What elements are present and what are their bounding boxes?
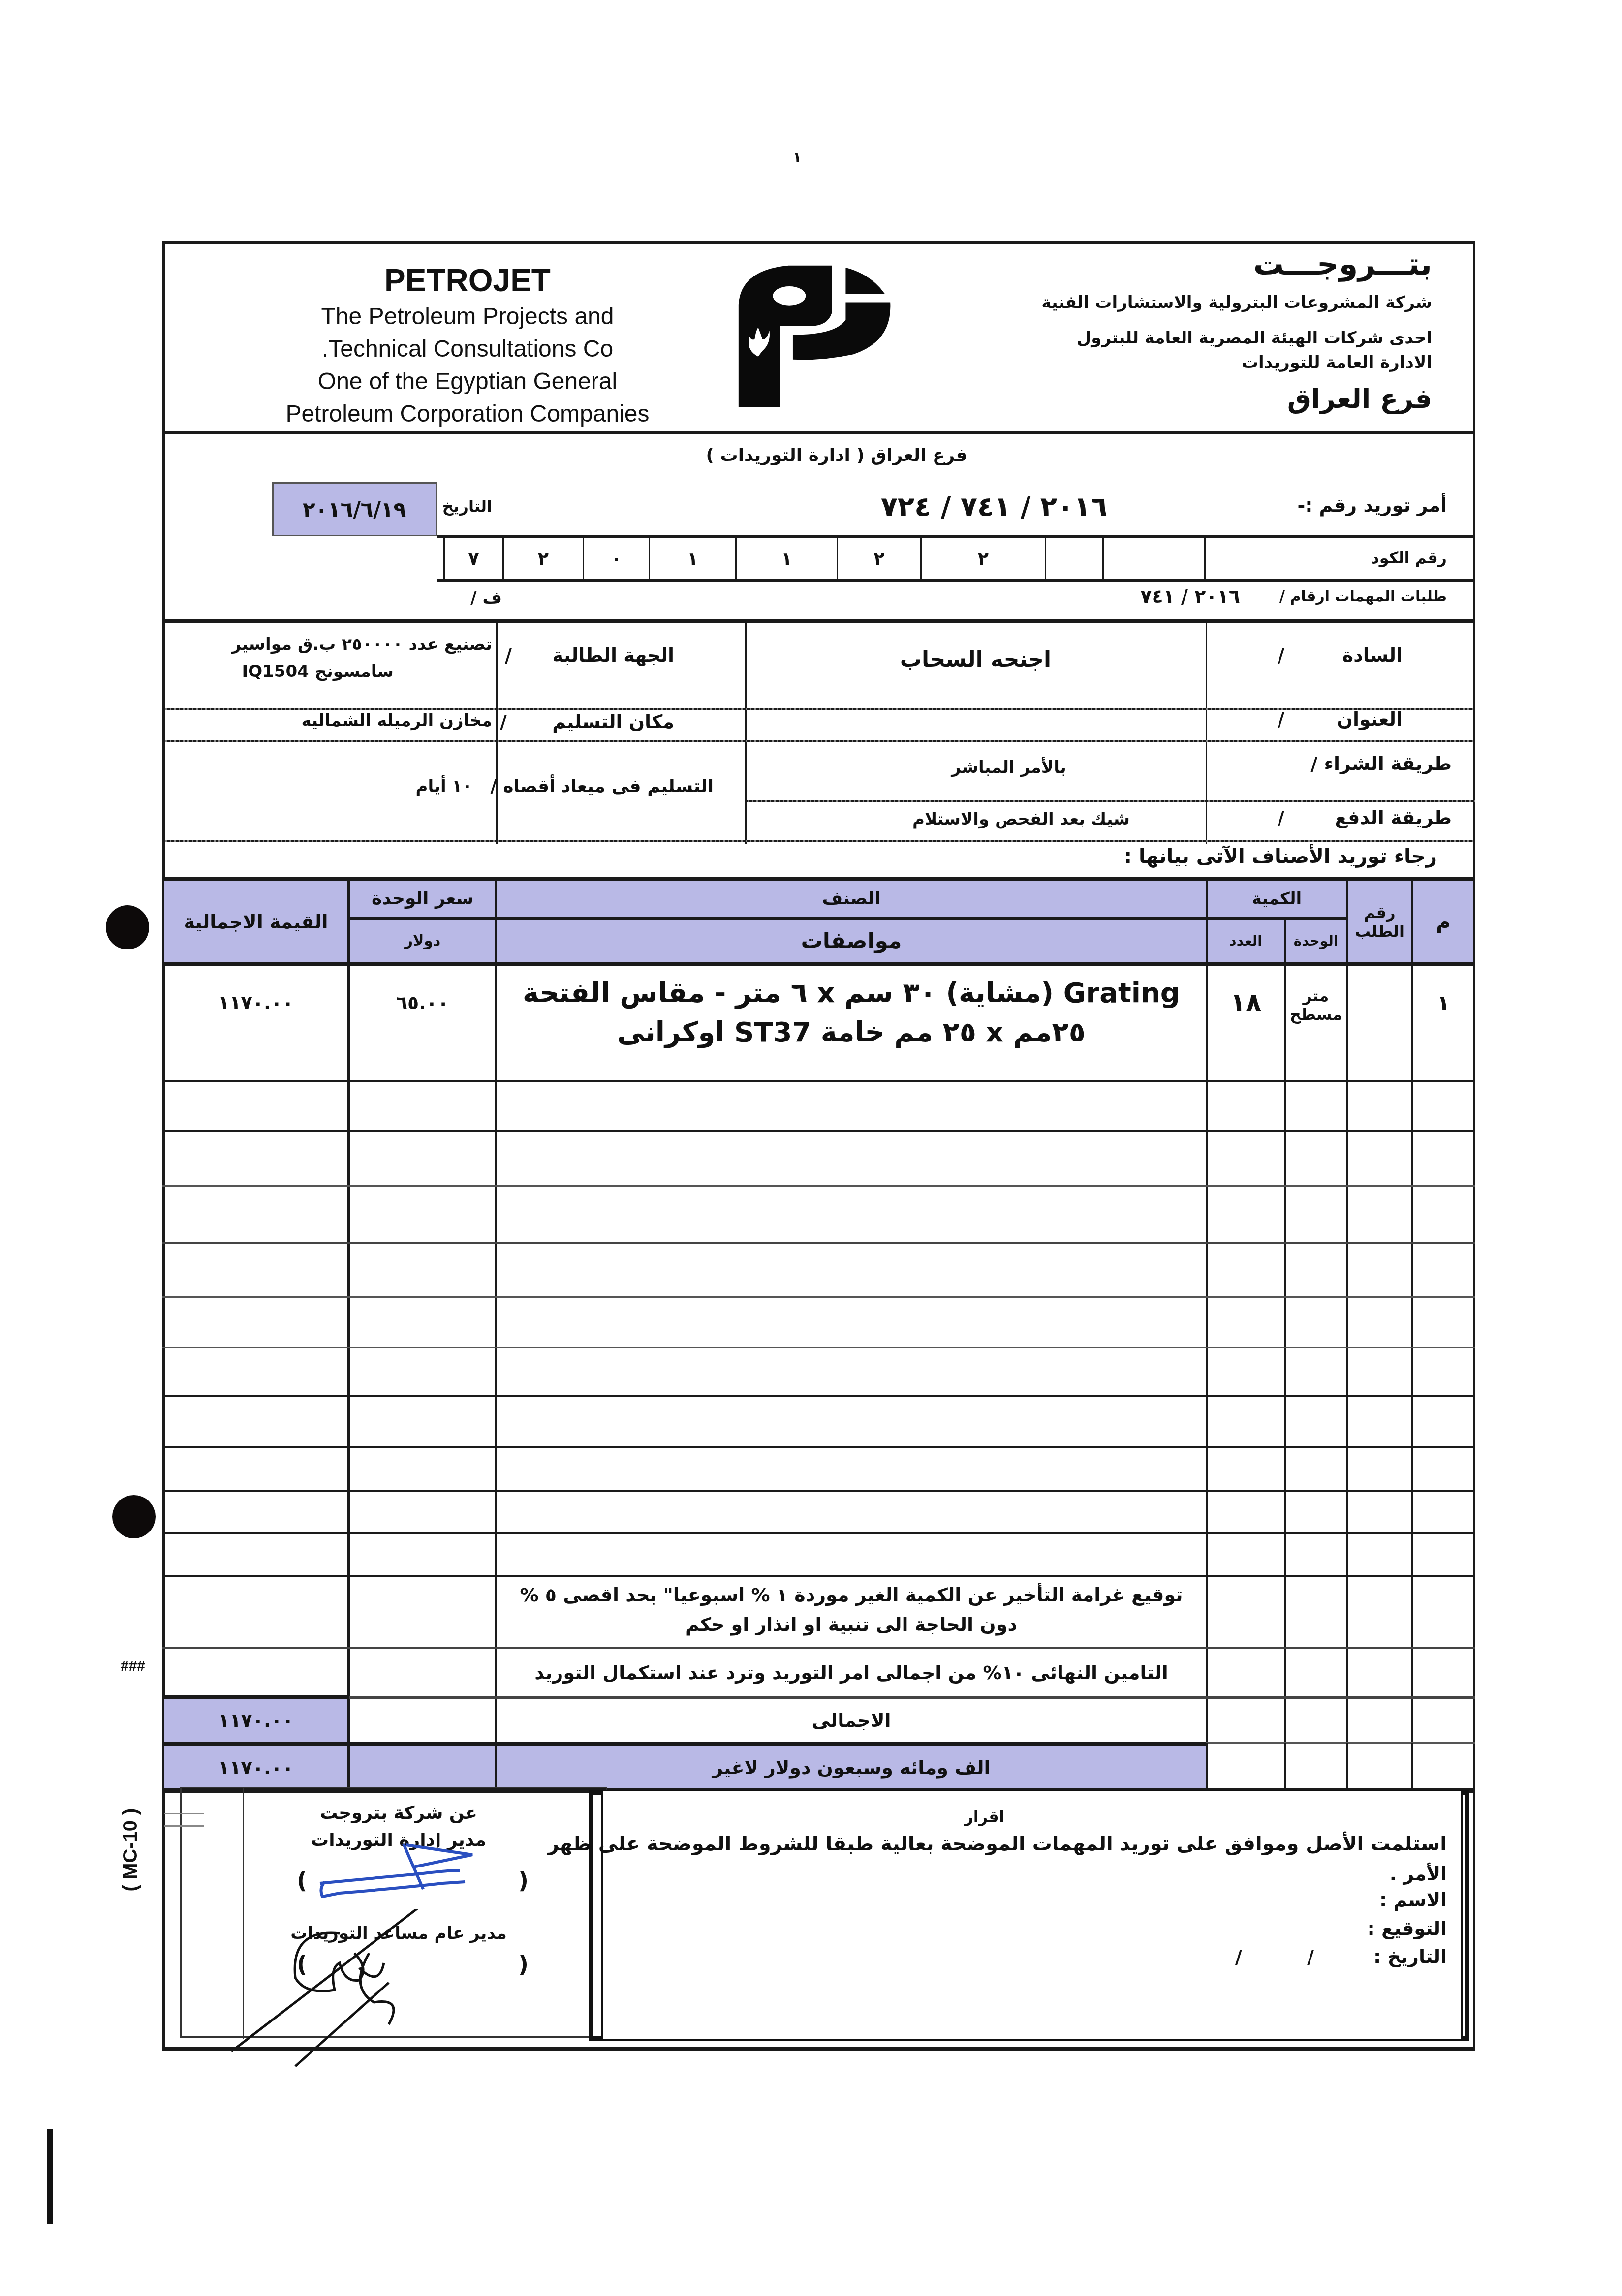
- total-label: الاجمالى: [497, 1699, 1206, 1742]
- acknowledgement-name-label: الاسم :: [1299, 1889, 1447, 1911]
- penalty-line-2: دون الحاجة الى تنبية او انذار او حكم: [497, 1610, 1206, 1639]
- row-unit-1: متر: [1303, 986, 1329, 1005]
- date-label: التاريخ: [438, 497, 492, 516]
- header-request-no-1: رقم: [1364, 903, 1395, 922]
- header-item: الصنف: [497, 881, 1206, 917]
- delivery-place-value: مخازن الرميله الشماليه: [261, 711, 492, 731]
- delivery-place-label: مكان التسليم: [546, 711, 674, 733]
- header-currency: دولار: [350, 920, 495, 962]
- table-row: ١١٧٠.٠٠ ٦٥.٠٠ Grating (مشاية) ٣٠ سم x ٦ …: [162, 966, 1475, 1079]
- messrs-value: اجنحه السحاب: [748, 640, 1203, 679]
- requests-value: ٢٠١٦ / ٧٤١: [1058, 585, 1240, 607]
- total-words: الف ومائه وسبعون دولار لاغير: [497, 1746, 1206, 1789]
- header-quantity: الكمية: [1208, 881, 1346, 917]
- delivery-time-label: التسليم فى ميعاد أقصاه /: [497, 776, 714, 796]
- delivery-time-value: ١٠ أيام: [384, 776, 472, 796]
- page-number: ١: [778, 148, 817, 167]
- requesting-party-label: الجهة الطالبة: [541, 644, 674, 666]
- divider: [1206, 917, 1346, 920]
- code-digit: ٠: [583, 538, 649, 580]
- row-line: [162, 1347, 1475, 1348]
- acknowledgement-date-slashes: / /: [1220, 1946, 1329, 1967]
- row-line: [162, 1446, 1475, 1448]
- code-label: رقم الكود: [1299, 549, 1447, 567]
- row-spec-1: Grating (مشاية) ٣٠ سم x ٦ متر - مقاس الف…: [497, 976, 1206, 1010]
- row-line: [162, 1395, 1475, 1397]
- header-english: PETROJET The Petroleum Projects and .Tec…: [246, 261, 689, 430]
- divider: [496, 622, 498, 844]
- header-unit: الوحدة: [1286, 920, 1346, 962]
- acknowledgement-signature-label: التوقيع :: [1299, 1918, 1447, 1939]
- address-label: العنوان: [1329, 708, 1403, 730]
- dotted-divider: [162, 740, 1475, 742]
- row-unit-price: ٦٥.٠٠: [350, 966, 495, 1040]
- col-line: [1206, 1743, 1208, 1790]
- requests-label: طلبات المهمات ارقام /: [1260, 588, 1447, 605]
- scan-mark: [47, 2129, 53, 2224]
- divider: [437, 579, 1475, 582]
- acknowledgement-title: اقرار: [837, 1803, 1132, 1830]
- total-value: ١١٧٠.٠٠: [164, 1699, 347, 1742]
- header-unit-price: سعر الوحدة: [350, 881, 495, 917]
- overflow-mark: ###: [121, 1658, 160, 1675]
- row-line: [162, 1647, 1475, 1649]
- company-ar-line-2: احدى شركات الهيئة المصرية العامة للبترول: [1024, 328, 1432, 353]
- divider: [162, 619, 1475, 623]
- company-line-2: .Technical Consultations Co: [246, 333, 689, 365]
- code-digits-row: ٢ ٢ ١ ١ ٠ ٢ ٧: [437, 538, 1281, 580]
- code-digit: [1204, 538, 1281, 580]
- row-line: [162, 1185, 1475, 1187]
- payment-method-value: شيك بعد الفحص والاستلام: [837, 804, 1206, 834]
- row-line: [162, 1490, 1475, 1492]
- form-code-text: ( MC-10 ): [120, 1808, 142, 1892]
- divider: [162, 962, 1475, 966]
- header-request-no-2: الطلب: [1355, 922, 1404, 941]
- row-line: [162, 1080, 1475, 1082]
- col-line: [347, 1746, 350, 1789]
- row-unit-2: مسطح: [1290, 1005, 1342, 1024]
- divider: [162, 431, 1475, 434]
- f-label: ف /: [443, 588, 502, 608]
- slash: /: [497, 711, 507, 733]
- messrs-label: السادة: [1329, 644, 1403, 666]
- divider: [1206, 622, 1207, 844]
- slash: /: [1275, 708, 1284, 730]
- row-serial: ١: [1413, 966, 1473, 1040]
- divider: [745, 622, 747, 844]
- petrojet-logo-icon: [723, 253, 905, 421]
- header-count: العدد: [1208, 920, 1284, 962]
- code-digit: ١: [649, 538, 735, 580]
- assistant-gm-signature-icon: [212, 1909, 576, 2076]
- slash: /: [1275, 807, 1284, 828]
- branch-name: فرع العراق: [1024, 383, 1432, 418]
- slash: /: [502, 644, 512, 666]
- col-line: [1411, 1743, 1413, 1790]
- divider: [162, 2047, 1475, 2051]
- row-unit: متر مسطح: [1286, 976, 1346, 1035]
- acknowledgement-text-2: الأمر .: [1299, 1863, 1447, 1885]
- penalty-line-1: توقيع غرامة التأخير عن الكمية الغير مورد…: [497, 1580, 1206, 1610]
- row-count: ١٨: [1208, 966, 1284, 1040]
- code-digit: ٢: [920, 538, 1045, 580]
- header-total-value: القيمة الاجمالية: [164, 881, 347, 963]
- divider: [1206, 1742, 1475, 1744]
- header-serial: م: [1413, 881, 1473, 963]
- punch-hole-top: [106, 905, 149, 949]
- row-request-no: [1348, 966, 1411, 1040]
- row-line: [162, 1575, 1475, 1577]
- address-value: [748, 711, 1203, 740]
- col-line: [1284, 1743, 1286, 1790]
- row-line: [162, 1130, 1475, 1132]
- total-words-value: ١١٧٠.٠٠: [164, 1746, 347, 1789]
- row-total: ١١٧٠.٠٠: [164, 966, 347, 1040]
- purchase-method-label: طريقة الشراء /: [1289, 753, 1452, 774]
- company-ar-line-1: شركة المشروعات البترولية والاستشارات الف…: [1024, 293, 1432, 328]
- company-name-ar: بتـــروجـــت: [1024, 246, 1432, 293]
- payment-method-label: طريقة الدفع: [1319, 807, 1452, 828]
- row-line: [162, 1532, 1475, 1534]
- company-sign-line-1: عن شركة بتروجت: [246, 1798, 551, 1828]
- row-line: [162, 1242, 1475, 1244]
- divider: [162, 1742, 1206, 1746]
- punch-hole-bottom: [112, 1495, 156, 1538]
- row-spec-2: ٢٥مم x ٢٥ مم خامة ST37 اوكرانى: [497, 1015, 1206, 1049]
- requesting-party-value-1: تصنيع عدد ٢٥٠٠٠٠ ب.ق مواسير: [167, 635, 492, 654]
- divider: [162, 877, 1475, 881]
- code-digit: [1045, 538, 1102, 580]
- dotted-divider: [162, 840, 1475, 842]
- company-ar-line-3: الادارة العامة للتوريدات: [1024, 353, 1432, 383]
- purchase-method-value: بالأمر المباشر: [886, 753, 1132, 782]
- requesting-party-value-2: سامسونج IQ1504: [167, 662, 394, 681]
- company-line-4: Petroleum Corporation Companies: [246, 398, 689, 430]
- divider: [349, 917, 1206, 920]
- row-line: [162, 1296, 1475, 1298]
- company-line-3: One of the Egyptian General: [246, 365, 689, 398]
- insurance-text: التامين النهائى ١٠% من اجمالى امر التوري…: [497, 1653, 1206, 1692]
- company-name-en: PETROJET: [246, 261, 689, 300]
- header-request-no: رقم الطلب: [1348, 881, 1411, 963]
- code-digit: ٢: [837, 538, 920, 580]
- date-value: ٢٠١٦/٦/١٩: [276, 487, 433, 531]
- code-digit: [1102, 538, 1204, 580]
- code-digit: ١: [735, 538, 837, 580]
- col-line: [1346, 1743, 1348, 1790]
- header-arabic: بتـــروجـــت شركة المشروعات البترولية وا…: [1024, 246, 1432, 418]
- company-line-1: The Petroleum Projects and: [246, 300, 689, 333]
- section-title: فرع العراق ( ادارة التوريدات ): [689, 440, 984, 470]
- acknowledgement-text-1: استلمت الأصل وموافق على توريد المهمات ال…: [610, 1833, 1447, 1855]
- order-number-label: أمر توريد رقم :-: [1270, 494, 1447, 516]
- slash: /: [1275, 644, 1284, 666]
- header-specs: مواصفات: [497, 920, 1206, 962]
- order-number: ٢٠١٦ / ٧٤١ / ٧٢٤: [827, 487, 1161, 526]
- dotted-divider: [745, 800, 1475, 802]
- code-digit: ٢: [502, 538, 583, 580]
- request-line: رجاء توريد الأصناف الآتى بيانها :: [1033, 845, 1437, 868]
- form-code: ( MC-10 ): [106, 1791, 155, 1909]
- code-digit: ٧: [443, 538, 502, 580]
